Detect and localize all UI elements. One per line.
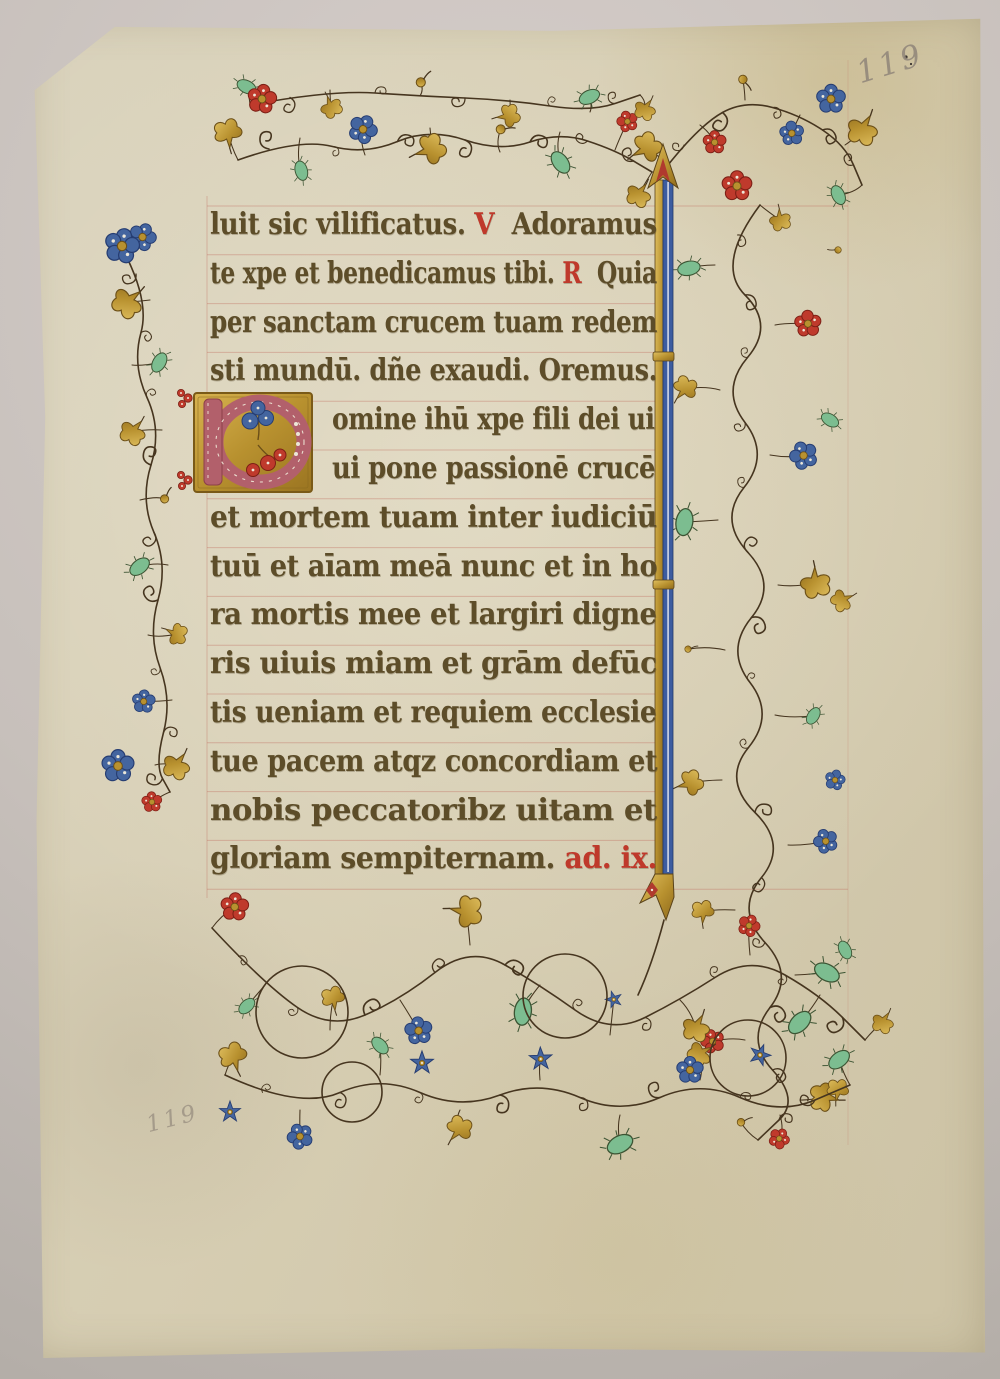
- ink-segment: omine ihū xpe fili dei ui: [332, 402, 654, 437]
- text-line: omine ihū xpe fili dei ui: [332, 397, 654, 443]
- ink-segment: tis ueniam et requiem ecclesie: [210, 695, 656, 730]
- ink-segment: sti mundū. dñe exaudi. Oremus.: [210, 353, 657, 388]
- ink-segment: nobis peccatoribz uitam et: [210, 793, 657, 828]
- text-line: tuū et aīam meā nunc et in ho: [210, 544, 657, 590]
- ink-segment: tue pacem atqz concordiam et: [210, 744, 657, 779]
- ink-segment: Quia: [597, 256, 657, 291]
- rubric-segment: ad. ix.: [564, 841, 657, 876]
- ink-segment: luit sic vilificatus.: [210, 207, 474, 242]
- text-line: ui pone passionē crucē: [332, 446, 655, 492]
- ink-segment: te xpe et benedicamus tibi.: [210, 256, 562, 291]
- text-line: ra mortis mee et largiri digne: [210, 592, 657, 638]
- ink-segment: et mortem tuam inter iudiciū: [210, 500, 657, 535]
- text-line: gloriam sempiternam. ad. ix.: [210, 836, 657, 882]
- text-line: et mortem tuam inter iudiciū: [210, 495, 657, 541]
- photograph-backdrop: luit sic vilificatus. V Adoramuste xpe e…: [0, 0, 1000, 1379]
- text-line: ris uiuis miam et grām defūc: [210, 641, 657, 687]
- ink-segment: per sanctam crucem tuam redem: [210, 305, 657, 340]
- rubric-segment: V: [474, 207, 511, 242]
- text-line: te xpe et benedicamus tibi. R Quia: [210, 251, 657, 297]
- text-line: tue pacem atqz concordiam et: [210, 739, 657, 785]
- text-line: luit sic vilificatus. V Adoramus: [210, 202, 657, 248]
- rubric-segment: R: [562, 256, 597, 291]
- ink-segment: tuū et aīam meā nunc et in ho: [210, 549, 657, 584]
- text-line: tis ueniam et requiem ecclesie: [210, 690, 656, 736]
- ink-segment: ris uiuis miam et grām defūc: [210, 646, 657, 681]
- ink-segment: Adoramus: [512, 207, 657, 242]
- text-line: sti mundū. dñe exaudi. Oremus.: [210, 348, 657, 394]
- ink-segment: gloriam sempiternam.: [210, 841, 564, 876]
- ink-segment: ui pone passionē crucē: [332, 451, 655, 486]
- text-line: nobis peccatoribz uitam et: [210, 788, 657, 834]
- text-line: per sanctam crucem tuam redem: [210, 300, 657, 346]
- ink-segment: ra mortis mee et largiri digne: [210, 597, 657, 632]
